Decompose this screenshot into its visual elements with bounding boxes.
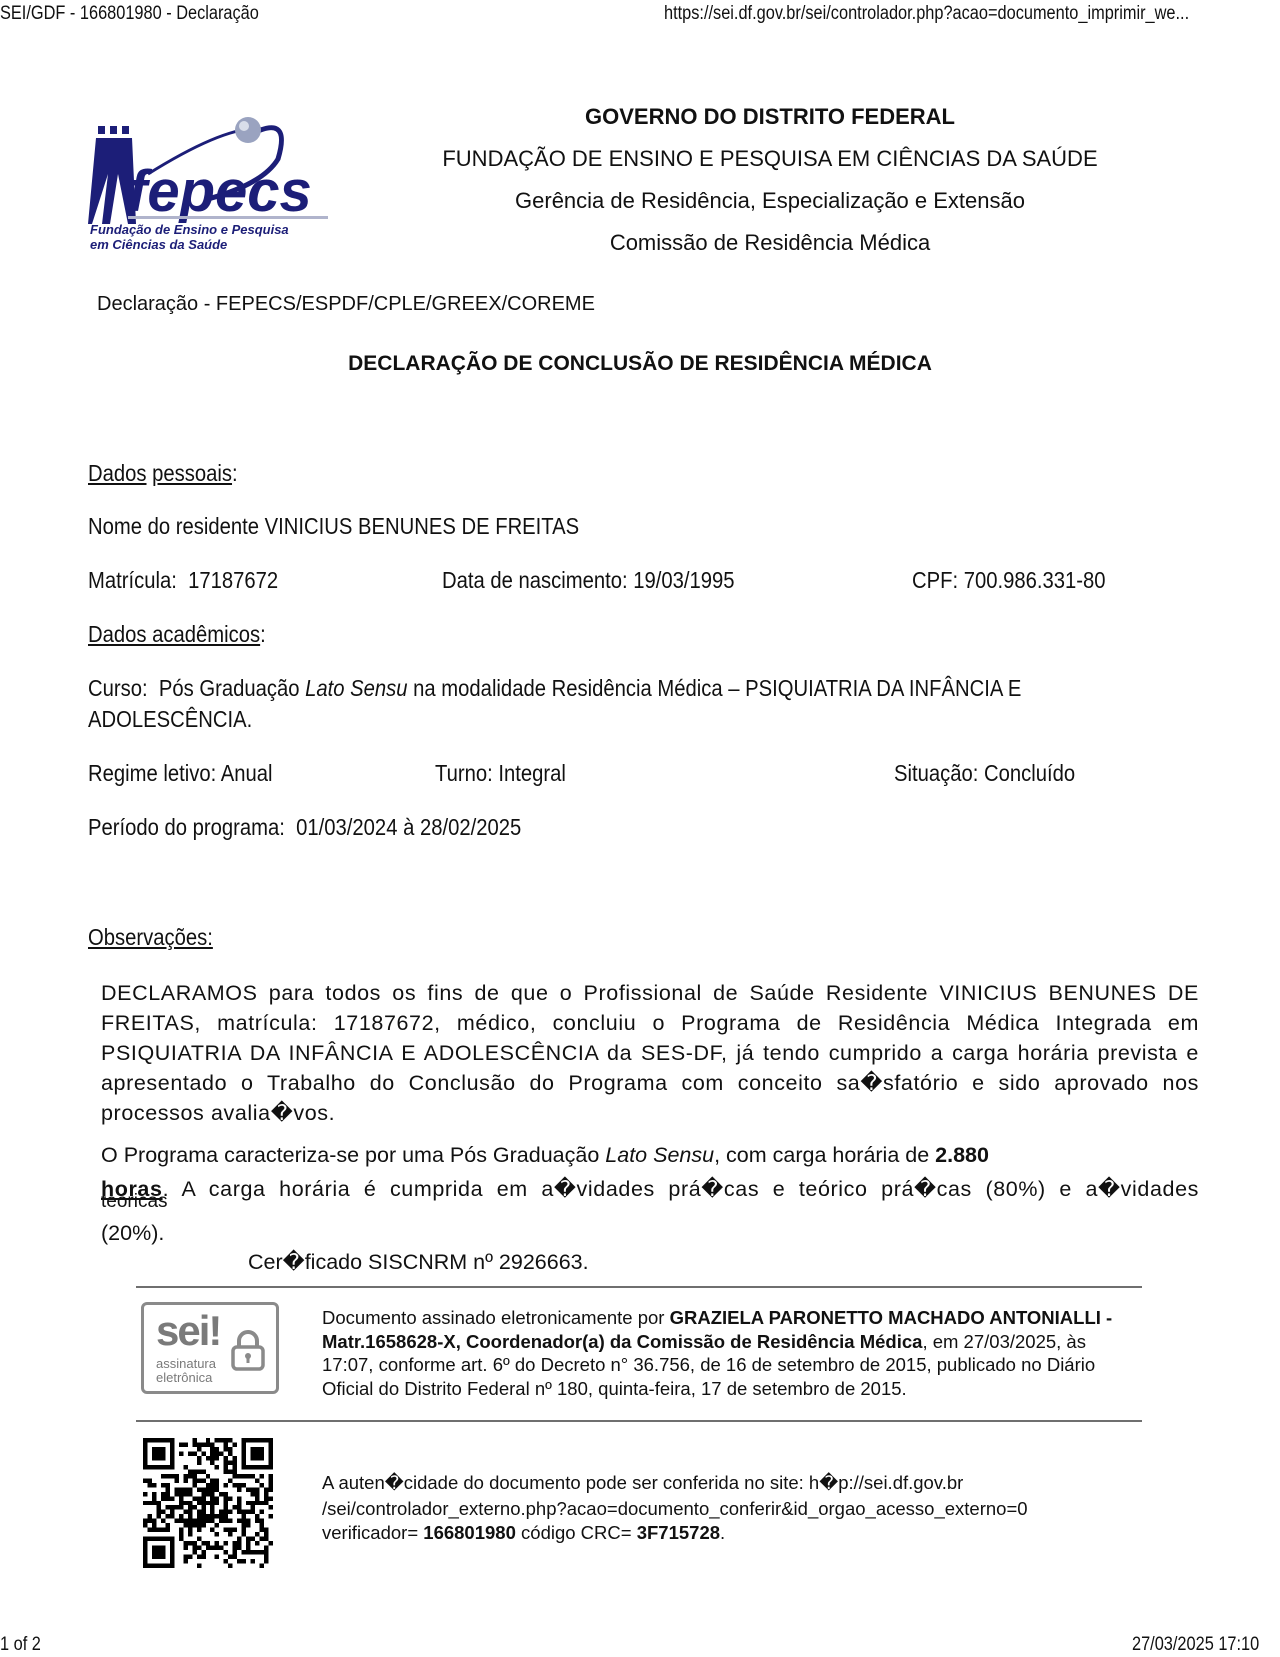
lock-icon [230,1329,266,1373]
org-management: Gerência de Residência, Especialização e… [430,188,1110,214]
authenticity-note: A auten�cidade do documento pode ser con… [322,1468,1142,1545]
divider [136,1286,1142,1288]
org-foundation: FUNDAÇÃO DE ENSINO E PESQUISA EM CIÊNCIA… [430,146,1110,172]
regime-row: Regime letivo: Anual [88,760,273,787]
resident-name-label: Nome do residente [88,513,259,539]
svg-text:Fundação de Ensino e Pesquisa: Fundação de Ensino e Pesquisa [90,222,289,237]
turno-value: Integral [498,760,566,786]
program-paragraph-overlap: teóricas [101,1191,168,1213]
crc-code: 3F715728 [637,1522,720,1543]
program-paragraph-line2: horas. A carga horária é cumprida em a�v… [101,1177,1199,1202]
resident-name-row: Nome do residente VINICIUS BENUNES DE FR… [88,513,579,540]
print-page-url: https://sei.df.gov.br/sei/controlador.ph… [664,3,1189,25]
matricula-value: 17187672 [188,567,278,593]
certificate-number: Cer�ficado SISCNRM nº 2926663. [248,1250,589,1275]
print-page-title: SEI/GDF - 166801980 - Declaração [0,3,259,25]
birthdate-value: 19/03/1995 [633,567,734,593]
periodo-row: Período do programa: 01/03/2024 à 28/02/… [88,814,521,841]
fepecs-logo: fepecs Fundação de Ensino e Pesquisa em … [88,104,348,254]
course-row-continued: ADOLESCÊNCIA. [88,706,252,733]
cpf-row: CPF: 700.986.331-80 [912,567,1106,594]
sei-signature-badge: sei! assinatura eletrônica [141,1302,279,1394]
program-paragraph-end: (20%). [101,1221,164,1246]
divider [136,1420,1142,1422]
periodo-value: 01/03/2024 à 28/02/2025 [296,814,521,840]
section-heading-dados-academicos: Dados acadêmicos: [88,621,266,648]
section-heading-dados-pessoais: Dados pessoais: [88,460,238,487]
svg-text:fepecs: fepecs [128,159,312,224]
section-heading-observacoes: Observações: [88,924,213,951]
page-number: 1 of 2 [0,1634,41,1656]
course-label: Curso: [88,675,148,701]
verifier-code: 166801980 [423,1522,516,1543]
verification-url: /sei/controlador_externo.php?acao=docume… [322,1497,1142,1521]
org-government: GOVERNO DO DISTRITO FEDERAL [430,104,1110,130]
qr-code [143,1438,273,1568]
document-reference: Declaração - FEPECS/ESPDF/CPLE/GREEX/COR… [97,293,595,316]
regime-value: Anual [221,760,273,786]
svg-text:em Ciências da Saúde: em Ciências da Saúde [90,237,227,252]
matricula-label: Matrícula: [88,567,177,593]
birthdate-label: Data de nascimento: [442,567,628,593]
birthdate-row: Data de nascimento: 19/03/1995 [442,567,735,594]
org-commission: Comissão de Residência Médica [430,230,1110,256]
cpf-value: 700.986.331-80 [964,567,1106,593]
cpf-label: CPF: [912,567,958,593]
course-row: Curso: Pós Graduação Lato Sensu na modal… [88,675,1021,702]
print-datetime: 27/03/2025 17:10 [1132,1634,1259,1656]
signature-statement: Documento assinado eletronicamente por G… [322,1306,1122,1400]
situacao-row: Situação: Concluído [894,760,1075,787]
declaration-paragraph: DECLARAMOS para todos os fins de que o P… [101,978,1199,1128]
program-paragraph-line1: O Programa caracteriza-se por uma Pós Gr… [101,1143,989,1168]
situacao-value: Concluído [984,760,1075,786]
turno-row: Turno: Integral [435,760,566,787]
document-title: DECLARAÇÃO DE CONCLUSÃO DE RESIDÊNCIA MÉ… [0,352,1280,376]
matricula-row: Matrícula: 17187672 [88,567,278,594]
resident-name-value: VINICIUS BENUNES DE FREITAS [265,513,580,539]
